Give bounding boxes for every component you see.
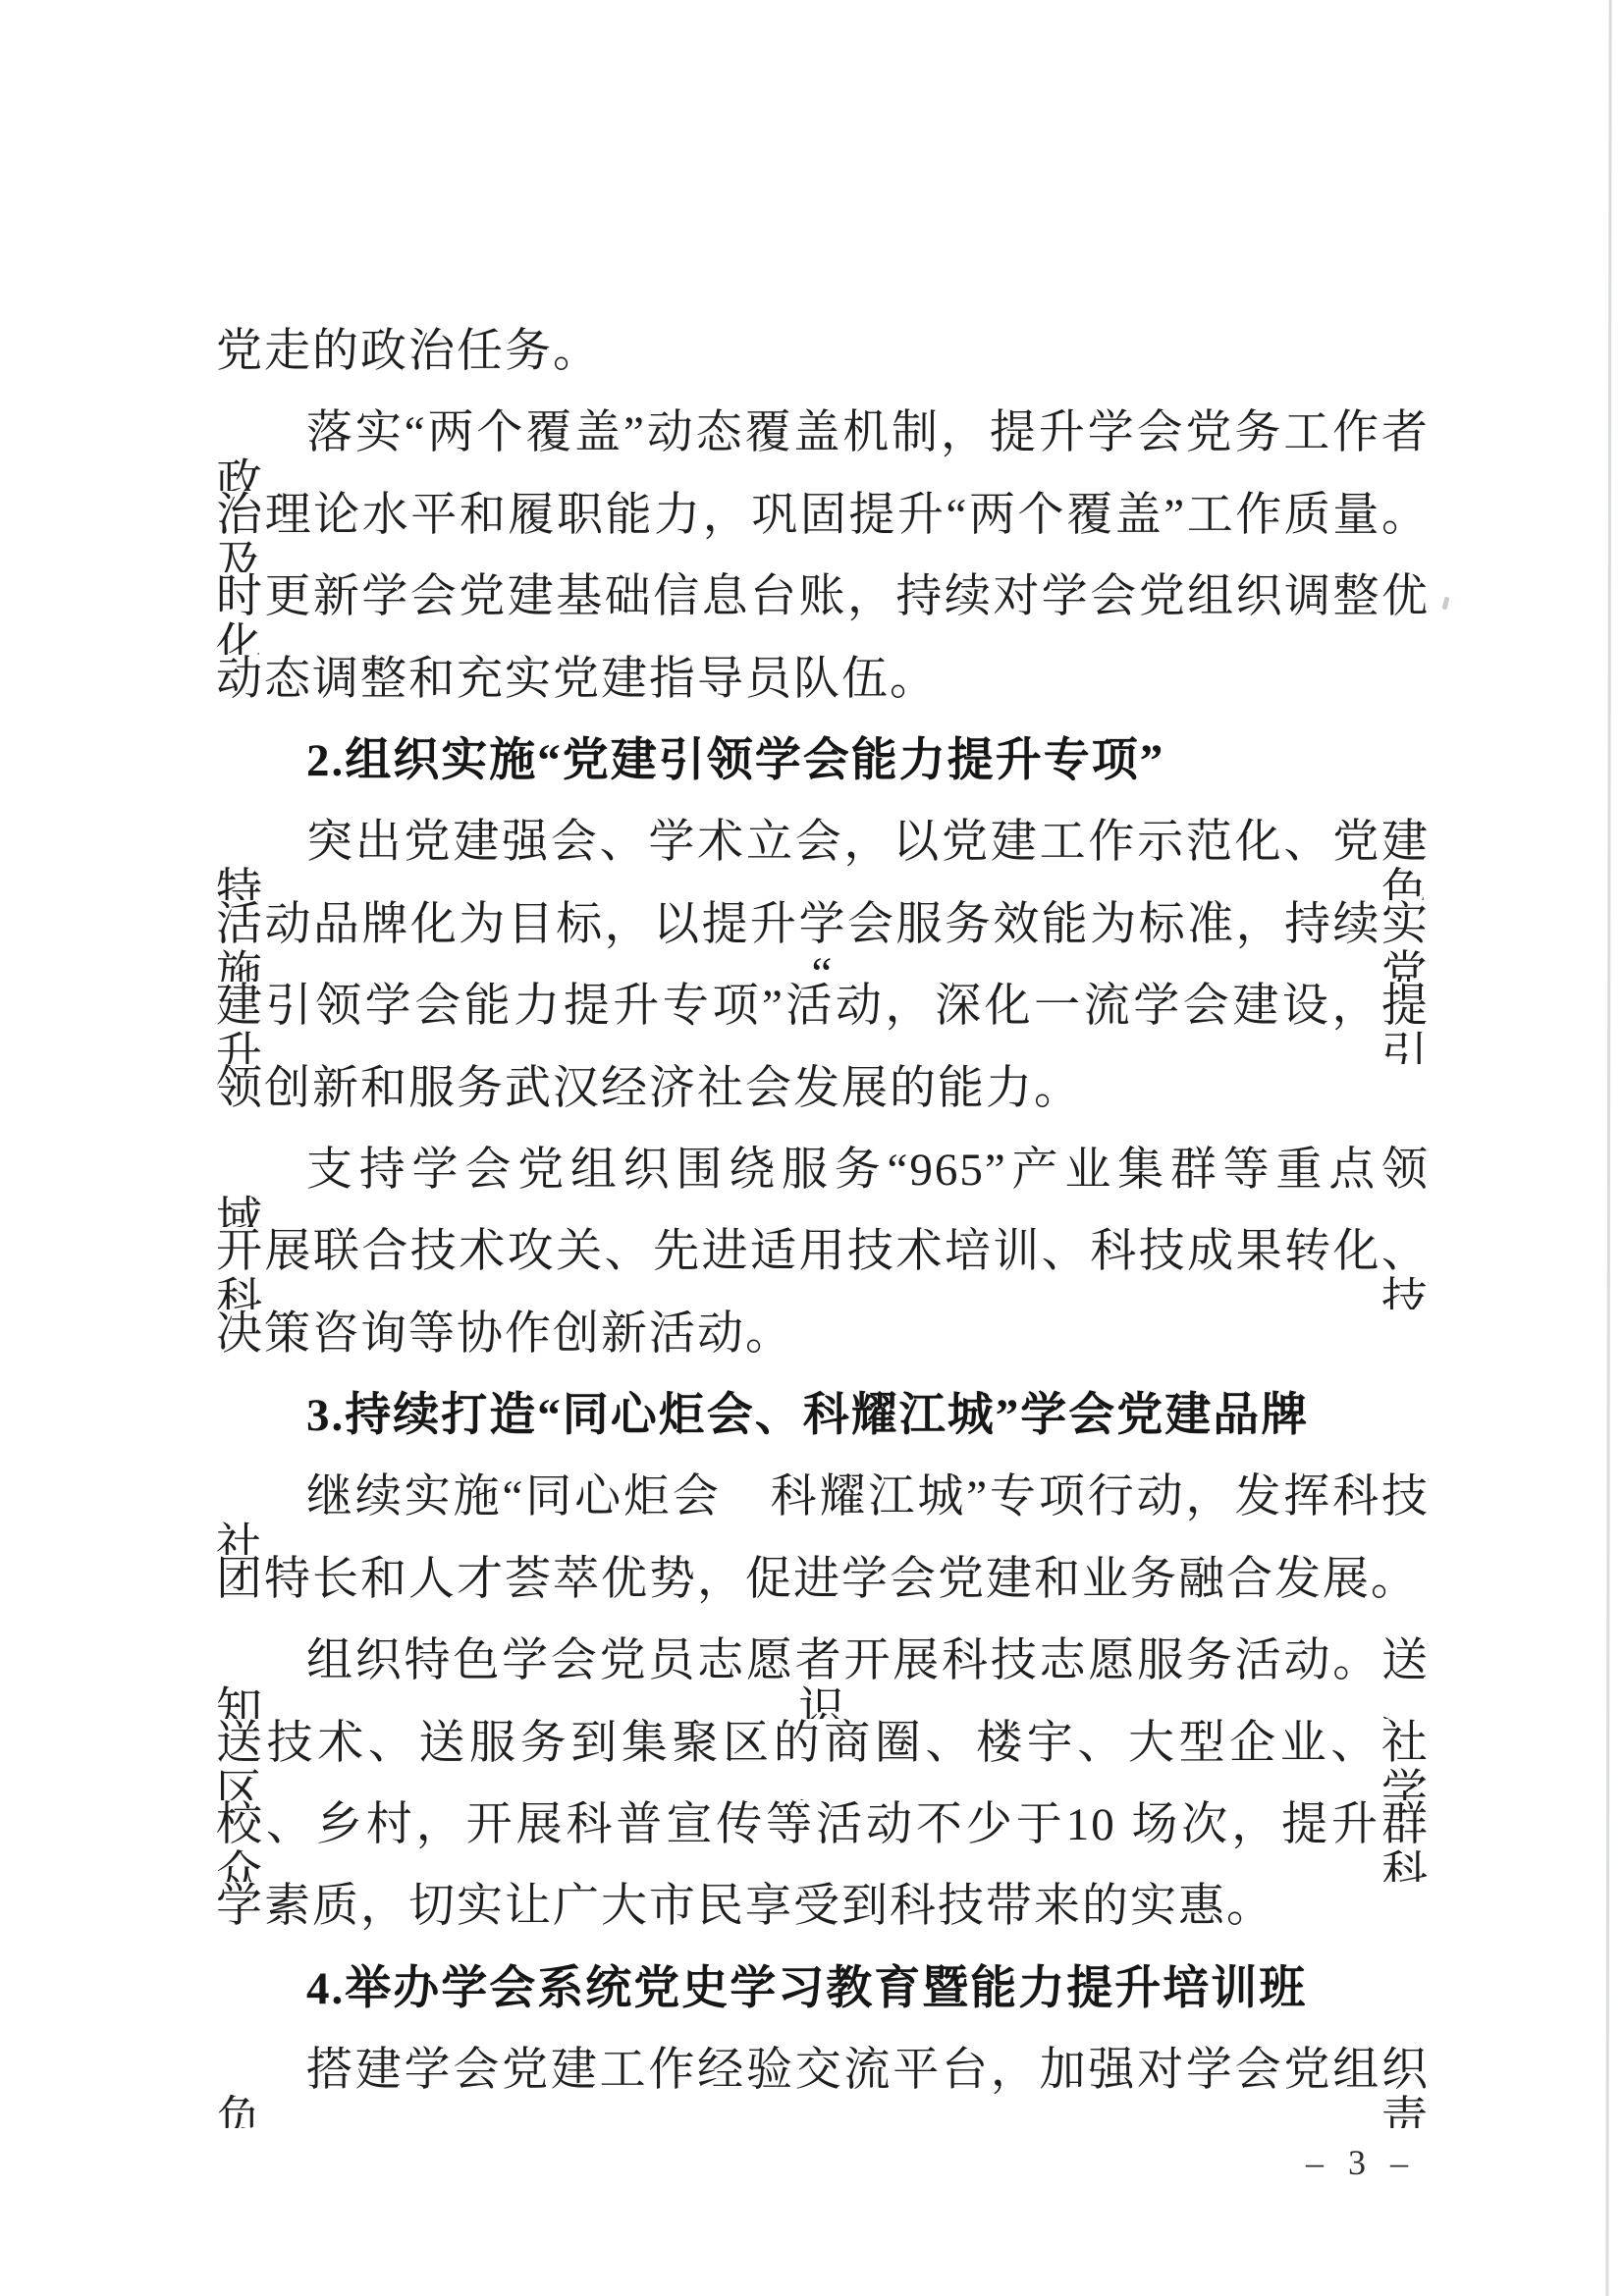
body-text-line: 领创新和服务武汉经济社会发展的能力。 [216,1064,1430,1146]
section-heading-line: 4.举办学会系统党史学习教育暨能力提升培训班 [216,1964,1430,2046]
body-text-line: 时更新学会党建基础信息台账，持续对学会党组织调整优化， [216,572,1430,654]
body-text-line: 校、乡村，开展科普宣传等活动不少于10 场次，提升群众科 [216,1800,1430,1882]
page-number: – 3 – [1306,2143,1424,2182]
body-text-line: 治理论水平和履职能力，巩固提升“两个覆盖”工作质量。及 [216,491,1430,572]
section-heading-line: 3.持续打造“同心炬会、科耀江城”学会党建品牌 [216,1391,1430,1472]
scan-line-artifact [1605,0,1611,2296]
body-text-line: 党走的政治任务。 [216,327,1430,408]
scan-speck-artifact [1442,597,1450,611]
body-text-line: 活动品牌化为目标，以提升学会服务效能为标准，持续实施“党 [216,900,1430,982]
body-text-line: 继续实施“同心炬会 科耀江城”专项行动，发挥科技社 [216,1472,1430,1554]
body-text-line: 动态调整和充实党建指导员队伍。 [216,655,1430,736]
body-text-line: 突出党建强会、学术立会，以党建工作示范化、党建特色 [216,818,1430,899]
body-text-line: 团特长和人才荟萃优势，促进学会党建和业务融合发展。 [216,1555,1430,1636]
body-text-line: 落实“两个覆盖”动态覆盖机制，提升学会党务工作者政 [216,408,1430,490]
body-text-line: 送技术、送服务到集聚区的商圈、楼宇、大型企业、社区、学 [216,1719,1430,1800]
body-text-line: 建引领学会能力提升专项”活动，深化一流学会建设，提升引 [216,982,1430,1063]
body-text-line: 搭建学会党建工作经验交流平台，加强对学会党组织负责 [216,2046,1430,2127]
body-text-line: 支持学会党组织围绕服务“965”产业集群等重点领域， [216,1146,1430,1227]
body-text-line: 学素质，切实让广大市民享受到科技带来的实惠。 [216,1882,1430,1963]
body-text-line: 开展联合技术攻关、先进适用技术培训、科技成果转化、科技 [216,1227,1430,1308]
document-page: 党走的政治任务。落实“两个覆盖”动态覆盖机制，提升学会党务工作者政治理论水平和履… [0,0,1623,2296]
body-text-line: 组织特色学会党员志愿者开展科技志愿服务活动。送知识、 [216,1636,1430,1718]
section-heading-line: 2.组织实施“党建引领学会能力提升专项” [216,736,1430,818]
body-text-line: 决策咨询等协作创新活动。 [216,1309,1430,1391]
text-block: 党走的政治任务。落实“两个覆盖”动态覆盖机制，提升学会党务工作者政治理论水平和履… [216,327,1430,2128]
